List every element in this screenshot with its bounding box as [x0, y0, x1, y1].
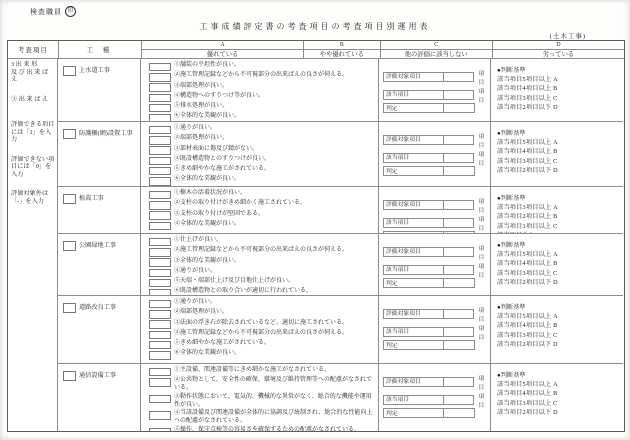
criteria-item-text: ⑥全体的な美観が良い。 — [174, 113, 240, 121]
criteria-item-text: ⑥全体的な美観が良い。 — [174, 350, 240, 359]
criteria-entry-box[interactable] — [149, 83, 171, 92]
criteria-item: ②施工管理記録などから不可視部分の出来ばえの良さが伺える。 — [149, 72, 376, 81]
examination-item-line: 及 び 出 来 ば え — [11, 69, 55, 84]
criteria-item-text: ①通りが良い。 — [174, 125, 216, 134]
criteria-entry-box[interactable] — [149, 177, 171, 186]
criteria-entry-box[interactable] — [149, 157, 171, 166]
judgment-criteria-title: ●判断基準 — [497, 129, 623, 138]
judgment-criteria-line: 該当項目5項目以上 A — [497, 250, 623, 259]
criteria-item: ⑤天端・端部仕上げ及び目地仕上げが良い。 — [149, 278, 376, 287]
criteria-item-text: ⑤きめ細やかな施工がされている。 — [174, 340, 270, 349]
mini-table-row: 評価対象項目 — [383, 247, 474, 257]
mini-table-row: 判定 — [383, 103, 475, 113]
judgment-cell: ●判断基準該当項目5項目以上 A該当項目4項目以上 B該当項目3項目以上 C該当… — [491, 364, 623, 431]
judgment-criteria-line: 該当項目5項目以上 A — [497, 380, 623, 389]
mini-row-wrap: 該当項目項目 — [383, 323, 490, 341]
mini-table-value-box[interactable] — [444, 136, 473, 144]
examination-item-cell: 3 出 来 形 及 び 出 来 ば え ③ 出 来 ば え 評価できる項目には「… — [8, 59, 58, 431]
mini-table-label: 判定 — [384, 279, 444, 287]
mini-table-unit: 項目 — [478, 68, 490, 86]
mini-row-wrap: 該当項目項目 — [383, 214, 490, 232]
judgment-cell: ●判断基準該当項目3項目以上 A該当項目2項目以上 B該当項目1項目以上 C該当… — [491, 187, 623, 233]
mini-table-unit: 項目 — [478, 323, 490, 341]
criteria-item: ⑤排水処理が良い。 — [149, 103, 376, 112]
mini-table-value-box[interactable] — [444, 167, 474, 175]
mini-row-wrap: 判定 — [383, 232, 490, 233]
work-type-label: 上水道工事 — [79, 66, 110, 75]
mini-table-value-box[interactable] — [444, 91, 473, 99]
judgment-criteria-line: 該当項目2項目以下 D — [497, 278, 623, 287]
criteria-item: ③法面の浮き石が除去されているなど、適切に施工されている。 — [149, 320, 376, 329]
criteria-item: ⑥全体的な美観が良い。 — [149, 113, 376, 121]
criteria-item: ⑥全体的な美観が良い。 — [149, 350, 376, 359]
criteria-item-text: ④構造物へのすりつけ等が良い。 — [174, 93, 264, 102]
work-type-cell: 公園緑地工事 — [58, 234, 141, 295]
criteria-entry-box[interactable] — [149, 146, 171, 155]
judgment-criteria-line: 該当項目3項目以上 C — [497, 269, 623, 278]
mini-table-label: 該当項目 — [384, 219, 444, 227]
mini-table-unit: 項目 — [478, 214, 490, 232]
header-examination-item: 考査項目 — [8, 41, 59, 58]
criteria-item: ④全体的な美観が良い。 — [149, 221, 376, 230]
criteria-list-cell: ①通りが良い。②端部処理が良い。③部材表面に傷及び錆がない。④既設構造物とのすり… — [141, 122, 379, 186]
work-type-cell: 植栽工事 — [58, 187, 141, 233]
judgment-criteria-title: ●判断基準 — [497, 303, 623, 312]
work-type-cell: 通信設備工事 — [58, 364, 141, 431]
entry-instruction: 評価できない項目には「0」を入力 — [11, 156, 55, 179]
evaluation-summary-cell: 評価対象項目項目該当項目項目判定 — [379, 364, 491, 431]
header-grade-c: C 他の評価に該当しない — [381, 41, 493, 58]
header-work-type: 工 種 — [59, 41, 142, 58]
judgment-criteria-title: ●判断基準 — [497, 371, 623, 380]
criteria-list-cell: ①仕上げが良い。②施工管理記録などから不可視部分の出来ばえの良さが伺える。③全体… — [141, 234, 379, 295]
mini-table-row: 評価対象項目 — [383, 309, 474, 319]
criteria-entry-box[interactable] — [149, 222, 171, 231]
judgment-criteria-line: 該当項目2項目以上 B — [497, 212, 623, 221]
mini-table-value-box[interactable] — [444, 154, 473, 162]
criteria-item: ⑤きめ細やかな施工がされている。 — [149, 340, 376, 349]
mini-table-row: 該当項目 — [383, 265, 474, 275]
criteria-item: ③支柱の取り付けが堅固である。 — [149, 211, 376, 220]
criteria-item-text: ⑤天端・端部仕上げ及び目地仕上げが良い。 — [174, 278, 294, 287]
mini-row-wrap: 判定 — [383, 167, 490, 176]
criteria-item: ①仕上げが良い。 — [149, 237, 376, 246]
judgment-cell: ●判断基準該当項目5項目以上 A該当項目4項目以上 B該当項目3項目以上 C該当… — [491, 234, 623, 295]
criteria-item-text: ③全体的な美観が良い。 — [174, 258, 240, 267]
criteria-item-text: ⑤排水処理が良い。 — [174, 103, 228, 112]
mini-table-unit: 項目 — [478, 149, 490, 167]
criteria-entry-box[interactable] — [149, 289, 171, 295]
mini-table-row: 該当項目 — [383, 153, 474, 163]
criteria-entry-box[interactable] — [149, 368, 171, 377]
mini-table-label: 評価対象項目 — [384, 136, 444, 144]
work-type-label: 植栽工事 — [79, 194, 104, 203]
mini-table-row: 評価対象項目 — [383, 200, 474, 210]
mini-table-value-box[interactable] — [444, 396, 473, 404]
criteria-item-text: ④既設構造物とのすりつけが良い。 — [174, 156, 270, 165]
criteria-entry-box[interactable] — [149, 428, 171, 431]
judgment-criteria-line: 該当項目3項目以上 C — [497, 331, 623, 340]
judgment-cell: ●判断基準該当項目5項目以上 A該当項目4項目以上 B該当項目3項目以上 C該当… — [491, 122, 623, 186]
mini-table-row: 該当項目 — [383, 395, 474, 405]
table-row: 植栽工事①樹木の活着状況が良い。②支柱の取り付けがきめ細かく施工されている。③支… — [58, 187, 623, 234]
criteria-item: ⑤操作、保守点検等の容易さを確保するための配慮がなされている。 — [149, 427, 376, 431]
evaluation-mini-table: 評価対象項目項目該当項目項目判定 — [383, 68, 490, 113]
criteria-item-text: ①舗装の平坦性が良い。 — [174, 62, 240, 71]
criteria-item: ④通りが良い。 — [149, 268, 376, 277]
judgment-criteria-line: 該当項目4項目以上 B — [497, 259, 623, 268]
work-type-label: 防護柵(網)設置工事 — [79, 129, 133, 138]
criteria-item: ③端部処理が良い。 — [149, 83, 376, 92]
criteria-item: ⑤きめ細やかな施工がされている。 — [149, 166, 376, 175]
mini-table-row: 該当項目 — [383, 218, 474, 228]
criteria-item: ③全体的な美観が良い。 — [149, 258, 376, 267]
mini-table-label: 評価対象項目 — [384, 310, 444, 318]
judgment-criteria-line: 該当項目4項目以上 B — [497, 147, 623, 156]
criteria-item: ①樹木の活着状況が良い。 — [149, 190, 376, 199]
entry-instruction: 評価対象外は「-」を入力 — [11, 190, 55, 205]
criteria-item: ③部材表面に傷及び錆がない。 — [149, 146, 376, 155]
mini-table-value-box[interactable] — [444, 378, 473, 386]
criteria-entry-box[interactable] — [149, 279, 171, 288]
criteria-item: ⑥全体的な美観が良い。 — [149, 176, 376, 185]
judgment-criteria-line: 該当項目5項目以上 A — [497, 75, 623, 84]
criteria-item-text: ⑥既設構造物との取り合いが適切に行われている。 — [174, 288, 312, 295]
mini-table-unit: 項目 — [478, 243, 490, 261]
work-type-label: 通信設備工事 — [79, 371, 116, 380]
mini-table-value-box[interactable] — [444, 104, 474, 112]
criteria-item: ②公共物として、安全性の確保、環境及び維持管理等への配慮がなされている。 — [149, 377, 376, 393]
mini-table-unit: 項目 — [478, 196, 490, 214]
judgment-criteria-line: 該当項目2項目以下 D — [497, 103, 623, 112]
criteria-item: ③動作状態において、電気的、機械的な異常がなく、総合的な機能や運用性が良い。 — [149, 394, 376, 410]
mini-table-value-box[interactable] — [444, 219, 473, 227]
judgment-criteria-line: 該当項目2項目以下 D — [497, 340, 623, 349]
mini-row-wrap: 評価対象項目項目 — [383, 68, 490, 86]
header-grade-a: A 優れている — [142, 41, 304, 58]
judgment-criteria-line: 該当項目なし D — [497, 231, 623, 233]
criteria-list-cell: ①樹木の活着状況が良い。②支柱の取り付けがきめ細かく施工されている。③支柱の取り… — [141, 187, 379, 233]
evaluation-mini-table: 評価対象項目項目該当項目項目判定 — [383, 131, 490, 176]
criteria-item-text: ④通りが良い。 — [174, 268, 216, 277]
work-type-cell: 上水道工事 — [58, 59, 141, 121]
criteria-entry-box[interactable] — [149, 104, 171, 113]
grade-d-label: 劣っている — [493, 50, 624, 59]
mini-table-value-box[interactable] — [444, 266, 473, 274]
mini-table-row: 判定 — [383, 166, 475, 176]
mini-table-value-box[interactable] — [444, 201, 473, 209]
judgment-criteria-line: 該当項目5項目以上 A — [497, 138, 623, 147]
evaluation-table: 考査項目 工 種 A 優れている B やや優れている C 他の評価に該当しない … — [7, 40, 625, 432]
judgment-criteria-title: ●判断基準 — [497, 241, 623, 250]
mini-table-label: 判定 — [384, 409, 444, 417]
criteria-item-text: ④全体的な美観が良い。 — [174, 221, 240, 230]
mini-table-label: 判定 — [384, 232, 444, 233]
criteria-entry-box[interactable] — [149, 94, 171, 103]
criteria-entry-box[interactable] — [149, 114, 171, 121]
criteria-item: ④既設構造物とのすりつけが良い。 — [149, 156, 376, 165]
mini-table-label: 評価対象項目 — [384, 378, 444, 386]
mini-table-unit: 項目 — [478, 391, 490, 409]
criteria-item-text: ②端部処理が良い。 — [174, 309, 228, 318]
mini-table-value-box[interactable] — [444, 409, 474, 417]
criteria-item-text: ④施工管理記録などから不可視部分の出来ばえの良さが伺える。 — [174, 330, 348, 339]
mini-table-row: 判定 — [383, 340, 475, 350]
evaluation-summary-cell: 評価対象項目項目該当項目項目判定 — [379, 187, 491, 233]
criteria-item-text: ④当該設備及び関連設備が全体的に協調及び統制され、総合的な性能向上への配慮がなさ… — [174, 410, 376, 426]
evaluation-summary-cell: 評価対象項目項目該当項目項目判定 — [379, 122, 491, 186]
work-type-cell: 防護柵(網)設置工事 — [58, 122, 141, 186]
inspector-label: 検査職員 — [30, 7, 62, 17]
criteria-item: ④施工管理記録などから不可視部分の出来ばえの良さが伺える。 — [149, 330, 376, 339]
mini-table-label: 該当項目 — [384, 328, 444, 336]
criteria-entry-box[interactable] — [149, 378, 171, 387]
criteria-item-text: ⑤きめ細やかな施工がされている。 — [174, 166, 270, 175]
table-body-rows: 上水道工事①舗装の平坦性が良い。②施工管理記録などから不可視部分の出来ばえの良さ… — [58, 59, 623, 431]
criteria-entry-box[interactable] — [149, 136, 171, 145]
evaluation-mini-table: 評価対象項目項目該当項目項目判定 — [383, 305, 490, 350]
criteria-item: ②端部処理が良い。 — [149, 135, 376, 144]
mini-table-value-box[interactable] — [444, 232, 474, 233]
work-type-cell: 道路改良工事 — [58, 296, 141, 363]
criteria-item: ②支柱の取り付けがきめ細かく施工されている。 — [149, 200, 376, 209]
table-row: 道路改良工事①通りが良い。②端部処理が良い。③法面の浮き石が除去されているなど、… — [58, 296, 623, 364]
work-type-checkbox[interactable] — [63, 241, 76, 251]
criteria-item-text: ①通りが良い。 — [174, 299, 216, 308]
mini-table-label: 該当項目 — [384, 91, 444, 99]
grade-b-letter: B — [304, 41, 380, 50]
criteria-item: ①舗装の平坦性が良い。 — [149, 62, 376, 71]
judgment-criteria-line: 該当項目4項目以上 B — [497, 321, 623, 330]
grade-b-label: やや優れている — [304, 50, 380, 59]
mini-row-wrap: 判定 — [383, 341, 490, 350]
entry-instruction: 評価できる項目には「1」を入力 — [11, 121, 55, 144]
evaluation-mini-table: 評価対象項目項目該当項目項目判定 — [383, 373, 490, 418]
mini-row-wrap: 該当項目項目 — [383, 86, 490, 104]
evaluation-mini-table: 評価対象項目項目該当項目項目判定 — [383, 196, 490, 233]
grade-a-letter: A — [142, 41, 303, 50]
work-type-checkbox[interactable] — [63, 194, 76, 204]
criteria-item: ①通りが良い。 — [149, 125, 376, 134]
criteria-entry-box[interactable] — [149, 201, 171, 210]
criteria-item-text: ③動作状態において、電気的、機械的な異常がなく、総合的な機能や運用性が良い。 — [174, 394, 376, 410]
mini-row-wrap: 判定 — [383, 409, 490, 418]
judgment-criteria-title: ●判断基準 — [497, 194, 623, 203]
table-header: 考査項目 工 種 A 優れている B やや優れている C 他の評価に該当しない … — [8, 41, 624, 59]
table-body: 3 出 来 形 及 び 出 来 ば え ③ 出 来 ば え 評価できる項目には「… — [8, 59, 624, 431]
mini-table-label: 評価対象項目 — [384, 248, 444, 256]
criteria-entry-box[interactable] — [149, 248, 171, 257]
mini-row-wrap: 判定 — [383, 104, 490, 113]
judgment-criteria-line: 該当項目3項目以上 A — [497, 203, 623, 212]
criteria-item-text: ⑥全体的な美観が良い。 — [174, 176, 240, 185]
mini-table-unit: 項目 — [478, 86, 490, 104]
work-type-checkbox[interactable] — [63, 129, 76, 139]
table-row: 防護柵(網)設置工事①通りが良い。②端部処理が良い。③部材表面に傷及び錆がない。… — [58, 122, 623, 187]
criteria-item: ④構造物へのすりつけ等が良い。 — [149, 93, 376, 102]
inspector-field: 検査職員 印 — [30, 6, 76, 17]
criteria-entry-box[interactable] — [149, 238, 171, 247]
mini-table-label: 判定 — [384, 167, 444, 175]
evaluation-summary-cell: 評価対象項目項目該当項目項目判定 — [379, 234, 491, 295]
mini-table-row: 判定 — [383, 231, 475, 233]
criteria-list-cell: ①主設備、関連設備等にきめ細かな施工がなされている。②公共物として、安全性の確保… — [141, 364, 379, 431]
criteria-item: ①主設備、関連設備等にきめ細かな施工がなされている。 — [149, 367, 376, 376]
criteria-entry-box[interactable] — [149, 310, 171, 319]
mini-table-value-box[interactable] — [444, 73, 473, 81]
mini-table-unit: 項目 — [478, 261, 490, 279]
mini-table-label: 判定 — [384, 341, 444, 349]
criteria-item-text: ③法面の浮き石が除去されているなど、適切に施工されている。 — [174, 320, 348, 329]
judgment-cell: ●判断基準該当項目5項目以上 A該当項目4項目以上 B該当項目3項目以上 C該当… — [491, 296, 623, 363]
criteria-item-text: ③部材表面に傷及び錆がない。 — [174, 146, 258, 155]
mini-row-wrap: 評価対象項目項目 — [383, 131, 490, 149]
mini-table-row: 評価対象項目 — [383, 377, 474, 387]
grade-c-label: 他の評価に該当しない — [381, 50, 492, 59]
criteria-item-text: ①主設備、関連設備等にきめ細かな施工がなされている。 — [174, 367, 330, 376]
mini-table-value-box[interactable] — [444, 279, 474, 287]
judgment-criteria-line: 該当項目2項目以下 D — [497, 166, 623, 175]
judgment-criteria-line: 該当項目4項目以上 B — [497, 84, 623, 93]
mini-table-value-box[interactable] — [444, 310, 473, 318]
criteria-item-text: ③端部処理が良い。 — [174, 83, 228, 92]
mini-table-row: 該当項目 — [383, 90, 474, 100]
judgment-cell: ●判断基準該当項目5項目以上 A該当項目4項目以上 B該当項目3項目以上 C該当… — [491, 59, 623, 121]
judgment-criteria-line: 該当項目1項目以上 C — [497, 222, 623, 231]
criteria-entry-box[interactable] — [149, 269, 171, 278]
criteria-item-text: ①樹木の活着状況が良い。 — [174, 190, 246, 199]
criteria-entry-box[interactable] — [149, 191, 171, 200]
criteria-item-text: ②端部処理が良い。 — [174, 135, 228, 144]
criteria-entry-box[interactable] — [149, 331, 171, 340]
table-row: 通信設備工事①主設備、関連設備等にきめ細かな施工がなされている。②公共物として、… — [58, 364, 623, 431]
mini-table-row: 該当項目 — [383, 327, 474, 337]
examination-item-line: ③ 出 来 ば え — [11, 96, 55, 104]
mini-row-wrap: 該当項目項目 — [383, 391, 490, 409]
work-type-label: 道路改良工事 — [79, 303, 116, 312]
work-type-checkbox[interactable] — [63, 371, 76, 381]
work-type-label: 公園緑地工事 — [79, 241, 116, 250]
criteria-entry-box[interactable] — [149, 211, 171, 220]
mini-table-row: 判定 — [383, 408, 475, 418]
criteria-list-cell: ①通りが良い。②端部処理が良い。③法面の浮き石が除去されているなど、適切に施工さ… — [141, 296, 379, 363]
criteria-item: ②施工管理記録などから不可視部分の出来ばえの良さが伺える。 — [149, 247, 376, 256]
criteria-entry-box[interactable] — [149, 341, 171, 350]
criteria-item-text: ②施工管理記録などから不可視部分の出来ばえの良さが伺える。 — [174, 72, 348, 81]
criteria-item-text: ①仕上げが良い。 — [174, 237, 222, 246]
mini-table-value-box[interactable] — [444, 328, 473, 336]
criteria-item: ②端部処理が良い。 — [149, 309, 376, 318]
criteria-item-text: ②支柱の取り付けがきめ細かく施工されている。 — [174, 200, 306, 209]
grade-a-label: 優れている — [142, 50, 303, 59]
criteria-entry-box[interactable] — [149, 411, 171, 420]
criteria-entry-box[interactable] — [149, 126, 171, 135]
mini-table-value-box[interactable] — [444, 341, 474, 349]
criteria-entry-box[interactable] — [149, 63, 171, 72]
mini-table-unit: 項目 — [478, 373, 490, 391]
mini-row-wrap: 評価対象項目項目 — [383, 305, 490, 323]
mini-table-label: 判定 — [384, 104, 444, 112]
criteria-entry-box[interactable] — [149, 351, 171, 360]
work-type-checkbox[interactable] — [63, 303, 76, 313]
criteria-entry-box[interactable] — [149, 167, 171, 176]
mini-table-unit: 項目 — [478, 305, 490, 323]
mini-row-wrap: 判定 — [383, 279, 490, 288]
document-page: 検査職員 印 工事成績評定書の考査項目の考査項目別運用表 (土木工事) 考査項目… — [0, 0, 630, 440]
mini-table-row: 評価対象項目 — [383, 72, 474, 82]
table-row: 公園緑地工事①仕上げが良い。②施工管理記録などから不可視部分の出来ばえの良さが伺… — [58, 234, 623, 296]
judgment-criteria-line: 該当項目3項目以上 C — [497, 399, 623, 408]
judgment-criteria-line: 該当項目5項目以上 A — [497, 312, 623, 321]
criteria-item: ⑥既設構造物との取り合いが適切に行われている。 — [149, 288, 376, 295]
mini-row-wrap: 該当項目項目 — [383, 261, 490, 279]
criteria-item: ④当該設備及び関連設備が全体的に協調及び統制され、総合的な性能向上への配慮がなさ… — [149, 410, 376, 426]
criteria-entry-box[interactable] — [149, 300, 171, 309]
mini-table-label: 該当項目 — [384, 154, 444, 162]
evaluation-summary-cell: 評価対象項目項目該当項目項目判定 — [379, 296, 491, 363]
criteria-item-text: ②施工管理記録などから不可視部分の出来ばえの良さが伺える。 — [174, 247, 348, 256]
page-title: 工事成績評定書の考査項目の考査項目別運用表 — [0, 21, 630, 32]
criteria-entry-box[interactable] — [149, 320, 171, 329]
criteria-entry-box[interactable] — [149, 258, 171, 267]
judgment-criteria-title: ●判断基準 — [497, 66, 623, 75]
criteria-item-text: ③支柱の取り付けが堅固である。 — [174, 211, 264, 220]
mini-table-row: 判定 — [383, 278, 475, 288]
grade-d-letter: D — [493, 41, 624, 50]
criteria-list-cell: ①舗装の平坦性が良い。②施工管理記録などから不可視部分の出来ばえの良さが伺える。… — [141, 59, 379, 121]
evaluation-summary-cell: 評価対象項目項目該当項目項目判定 — [379, 59, 491, 121]
mini-table-value-box[interactable] — [444, 248, 473, 256]
criteria-item: ①通りが良い。 — [149, 299, 376, 308]
seal-icon: 印 — [65, 6, 76, 17]
mini-row-wrap: 評価対象項目項目 — [383, 196, 490, 214]
examination-item-line: 3 出 来 形 — [11, 61, 55, 69]
judgment-criteria-line: 該当項目3項目以上 C — [497, 94, 623, 103]
criteria-item-text: ②公共物として、安全性の確保、環境及び維持管理等への配慮がなされている。 — [174, 377, 376, 393]
mini-table-label: 該当項目 — [384, 266, 444, 274]
judgment-criteria-line: 該当項目4項目以上 B — [497, 389, 623, 398]
mini-row-wrap: 該当項目項目 — [383, 149, 490, 167]
mini-row-wrap: 評価対象項目項目 — [383, 243, 490, 261]
mini-table-row: 評価対象項目 — [383, 135, 474, 145]
judgment-criteria-line: 該当項目2項目以下 D — [497, 408, 623, 417]
criteria-item-text: ⑤操作、保守点検等の容易さを確保するための配慮がなされている。 — [174, 427, 360, 431]
header-grade-b: B やや優れている — [304, 41, 381, 58]
mini-table-unit: 項目 — [478, 131, 490, 149]
mini-table-label: 評価対象項目 — [384, 201, 444, 209]
grade-c-letter: C — [381, 41, 492, 50]
mini-row-wrap: 評価対象項目項目 — [383, 373, 490, 391]
work-category: (土木工事) — [550, 31, 586, 40]
work-type-checkbox[interactable] — [63, 66, 76, 76]
criteria-entry-box[interactable] — [149, 395, 171, 404]
mini-table-label: 該当項目 — [384, 396, 444, 404]
mini-table-label: 評価対象項目 — [384, 73, 444, 81]
header-grade-d: D 劣っている — [493, 41, 624, 58]
table-row: 上水道工事①舗装の平坦性が良い。②施工管理記録などから不可視部分の出来ばえの良さ… — [58, 59, 623, 122]
evaluation-mini-table: 評価対象項目項目該当項目項目判定 — [383, 243, 490, 288]
criteria-entry-box[interactable] — [149, 73, 171, 82]
judgment-criteria-line: 該当項目3項目以上 C — [497, 157, 623, 166]
